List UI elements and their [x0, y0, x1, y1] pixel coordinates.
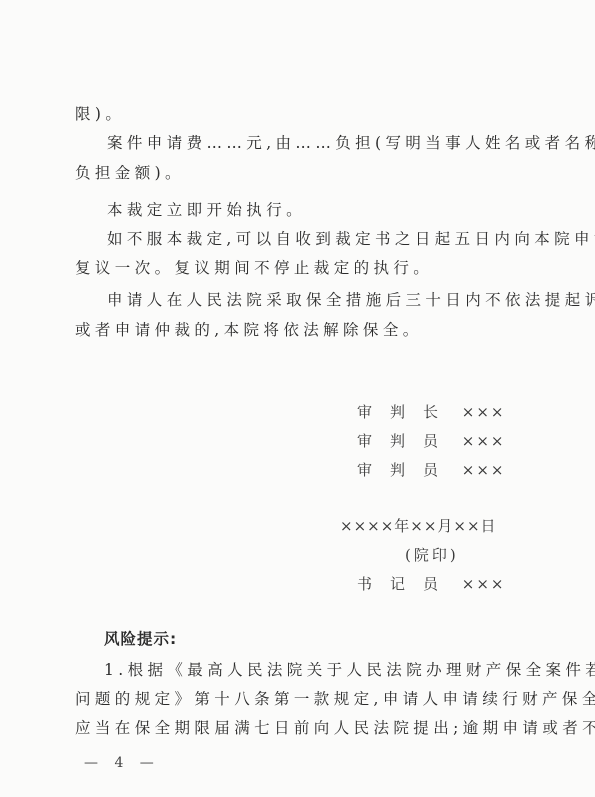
signature-presiding-judge: 审判长 ××× [357, 402, 506, 422]
body-line: 负担金额)。 [75, 163, 515, 183]
body-line: 本裁定立即开始执行。 [107, 200, 547, 220]
risk-heading: 风险提示: [104, 629, 544, 649]
signature-name: ××× [462, 431, 506, 451]
signature-name: ××× [462, 460, 506, 480]
signature-role: 审判员 [357, 460, 457, 480]
body-line: 或者申请仲裁的,本院将依法解除保全。 [75, 320, 515, 340]
risk-line: 1.根据《最高人民法院关于人民法院办理财产保全案件若干 [104, 660, 544, 680]
signature-judge: 审判员 ××× [357, 431, 506, 451]
signature-name: ××× [462, 574, 506, 594]
document-date: ××××年××月××日 [340, 516, 497, 536]
risk-line: 问题的规定》第十八条第一款规定,申请人申请续行财产保全的, [75, 689, 515, 709]
body-line: 如不服本裁定,可以自收到裁定书之日起五日内向本院申请 [107, 229, 547, 249]
court-seal: (院印) [405, 545, 459, 565]
signature-clerk: 书记员 ××× [357, 574, 506, 594]
body-line: 复议一次。复议期间不停止裁定的执行。 [75, 258, 515, 278]
body-line: 申请人在人民法院采取保全措施后三十日内不依法提起诉讼 [107, 290, 547, 310]
signature-role: 书记员 [357, 574, 457, 594]
signature-role: 审判员 [357, 431, 457, 451]
body-line: 案件申请费……元,由……负担(写明当事人姓名或者名称、 [107, 133, 547, 153]
body-line: 限)。 [75, 104, 515, 124]
risk-line: 应当在保全期限届满七日前向人民法院提出;逾期申请或者不申 [75, 718, 515, 738]
signature-name: ××× [462, 402, 506, 422]
signature-judge: 审判员 ××× [357, 460, 506, 480]
signature-role: 审判长 [357, 402, 457, 422]
page-number: — 4 — [84, 755, 160, 771]
